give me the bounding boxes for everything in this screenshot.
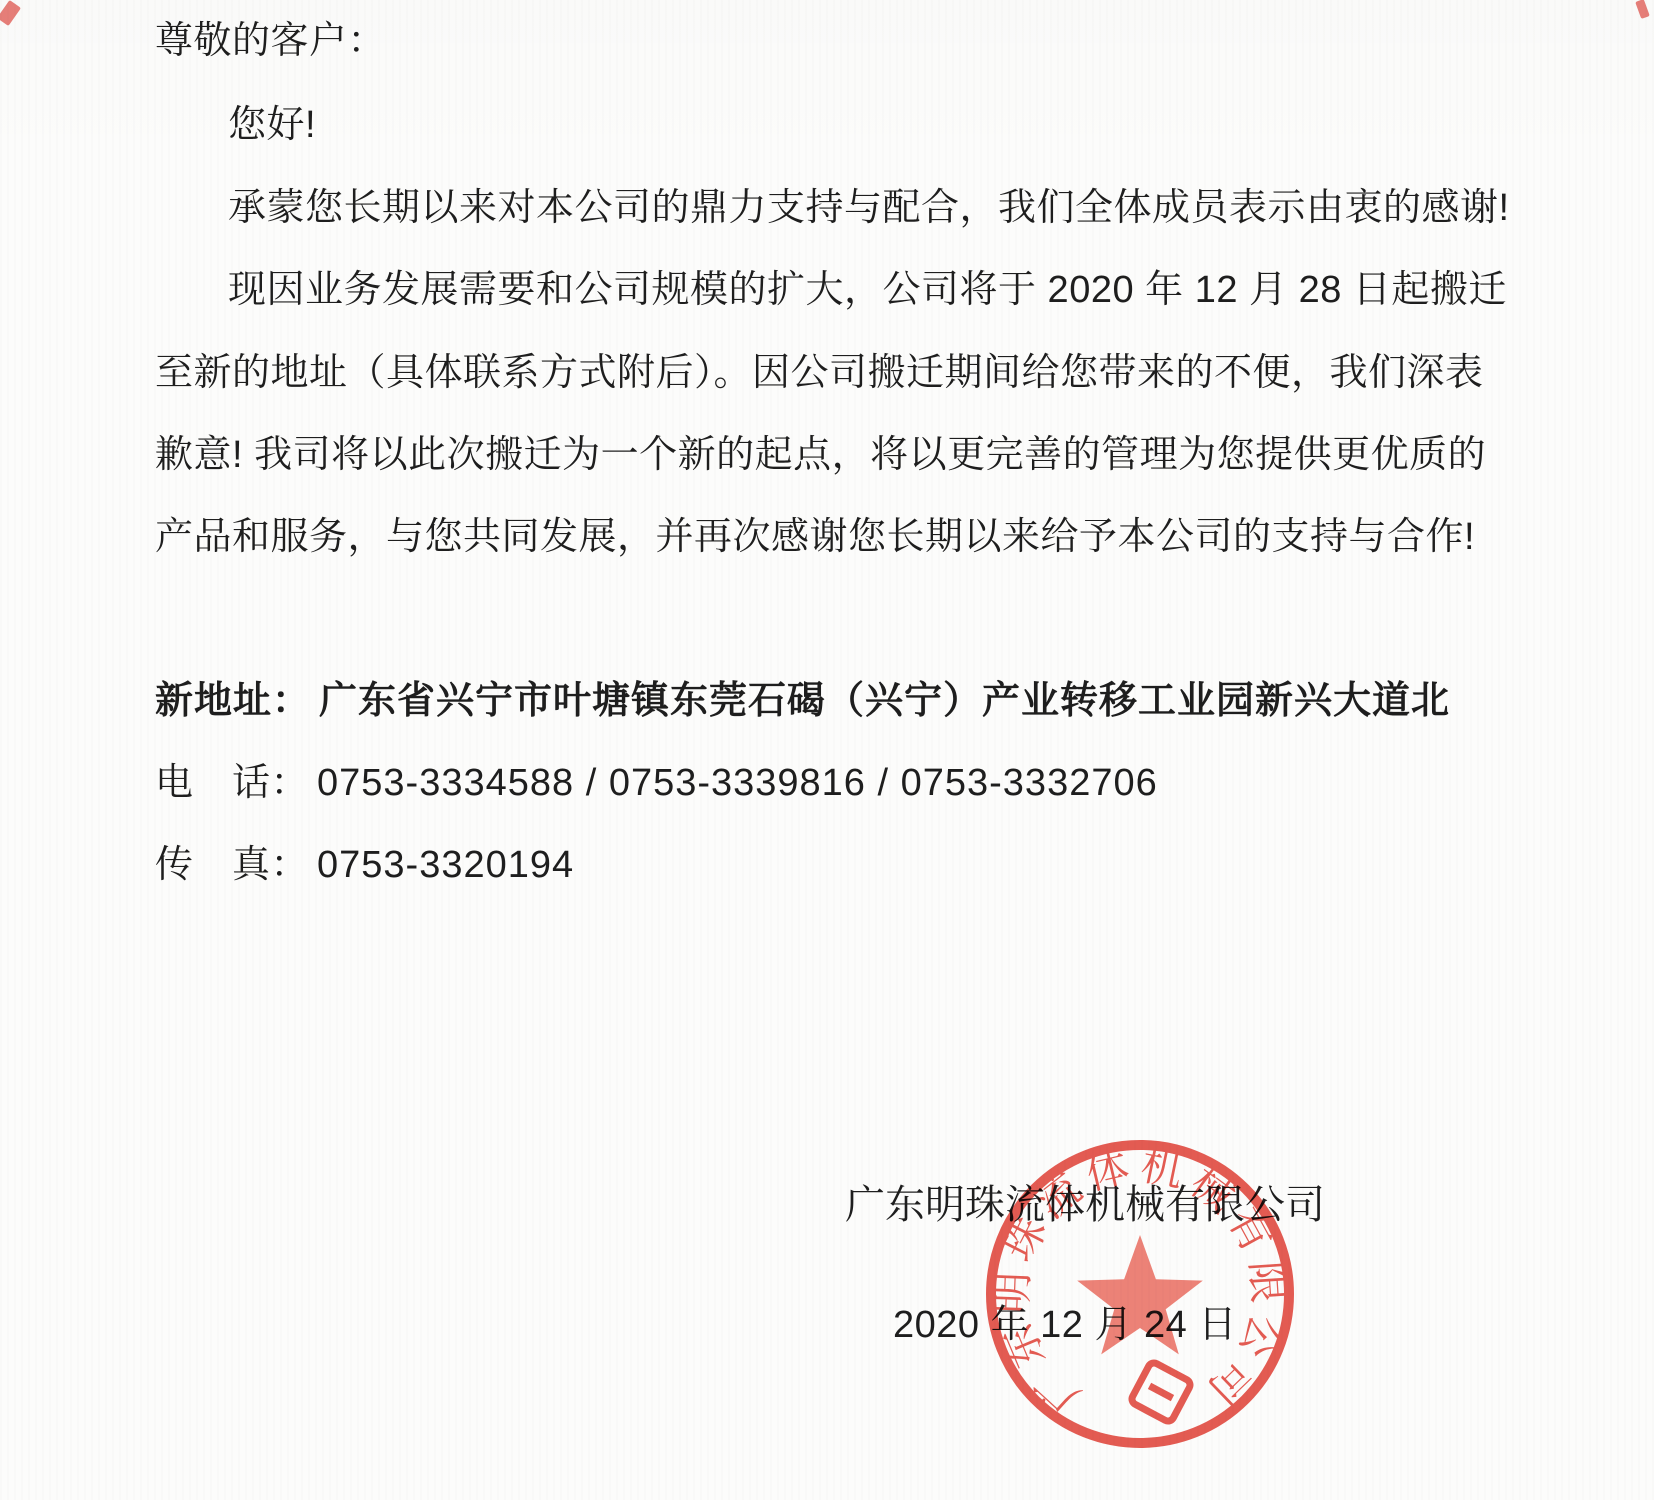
- paragraph-body-line-4: 产品和服务，与您共同发展，并再次感谢您长期以来给予本公司的支持与合作!: [155, 512, 1475, 562]
- seal-emblem-box: [1130, 1361, 1192, 1423]
- phone-line: 电 话：0753-3334588 / 0753-3339816 / 0753-3…: [155, 758, 1158, 808]
- letter-page: 尊敬的客户： 您好! 承蒙您长期以来对本公司的鼎力支持与配合，我们全体成员表示由…: [0, 0, 1654, 1500]
- paragraph-body-line-2: 至新的地址（具体联系方式附后）。因公司搬迁期间给您带来的不便，我们深表: [155, 348, 1484, 398]
- greeting: 您好!: [228, 100, 316, 150]
- fax-label: 传 真：: [155, 840, 309, 890]
- salutation: 尊敬的客户：: [155, 16, 386, 66]
- phone-label: 电 话：: [155, 758, 309, 808]
- fax-line: 传 真：0753-3320194: [155, 840, 574, 890]
- paragraph-body-line-3: 歉意! 我司将以此次搬迁为一个新的起点，将以更完善的管理为您提供更优质的: [155, 430, 1486, 480]
- new-address-label: 新地址：: [155, 676, 311, 726]
- new-address-line: 新地址：广东省兴宁市叶塘镇东莞石碣（兴宁）产业转移工业园新兴大道北: [155, 676, 1450, 726]
- seal-star-icon: [1077, 1235, 1203, 1354]
- fax-value: 0753-3320194: [317, 840, 574, 890]
- new-address-value: 广东省兴宁市叶塘镇东莞石碣（兴宁）产业转移工业园新兴大道北: [319, 676, 1450, 726]
- paragraph-thanks: 承蒙您长期以来对本公司的鼎力支持与配合，我们全体成员表示由衷的感谢!: [228, 183, 1510, 233]
- phone-value: 0753-3334588 / 0753-3339816 / 0753-33327…: [317, 758, 1158, 808]
- paragraph-body-line-1: 现因业务发展需要和公司规模的扩大，公司将于 2020 年 12 月 28 日起搬…: [228, 265, 1507, 315]
- company-seal-stamp-icon: 广东明珠流体机械有限公司: [978, 1132, 1302, 1456]
- scan-artifact-top-right: [1635, 0, 1650, 19]
- scan-artifact-top-left: [0, 0, 21, 26]
